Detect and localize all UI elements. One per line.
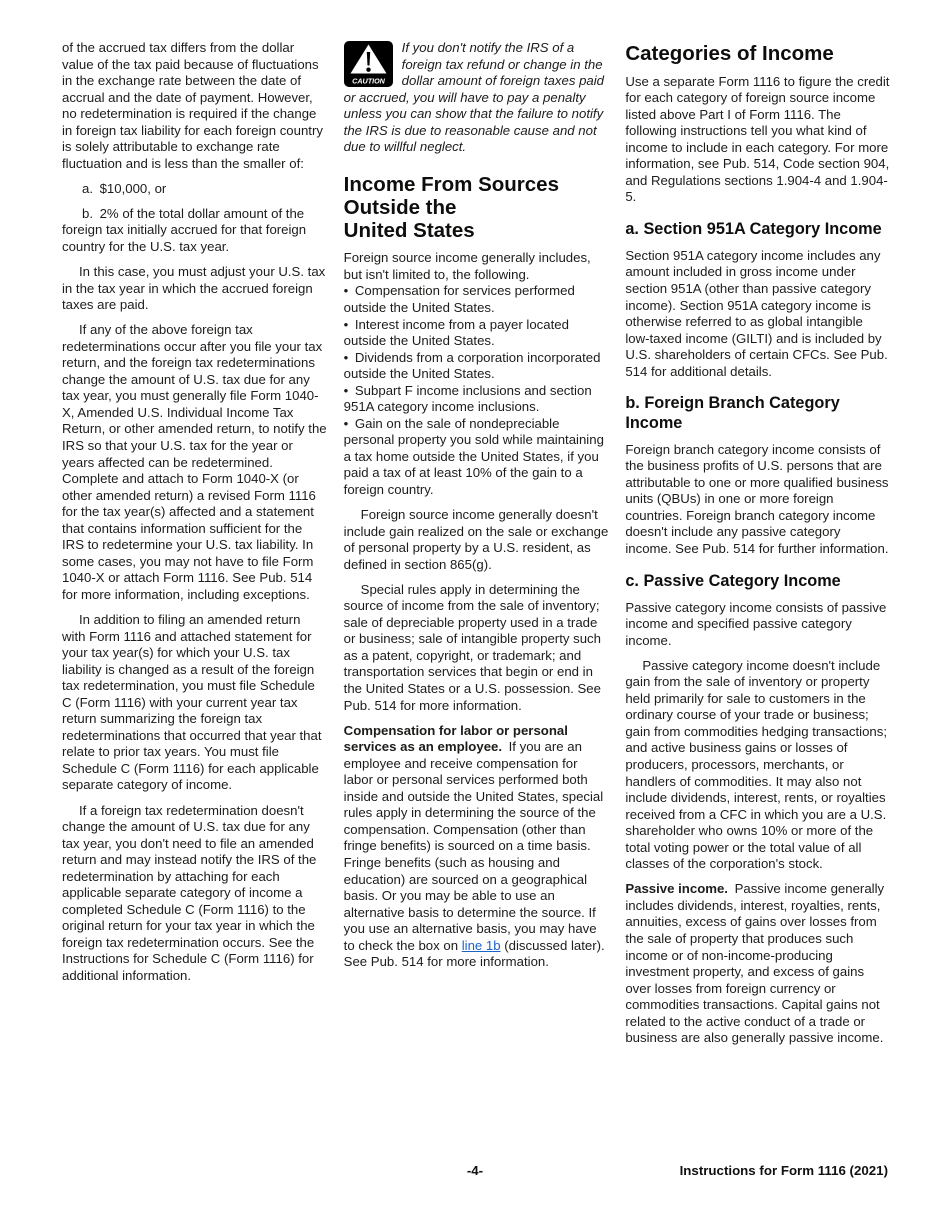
list-item-label: b. xyxy=(82,206,100,221)
paragraph: Foreign source income generally doesn't … xyxy=(344,507,609,573)
bullet-icon: • xyxy=(344,283,349,298)
bullet-icon: • xyxy=(344,350,349,365)
list-item: b. 2% of the total dollar amount of the … xyxy=(62,206,327,256)
bullet-item: • Gain on the sale of nondepreciable per… xyxy=(344,416,609,499)
paragraph: In addition to filing an amended return … xyxy=(62,612,327,794)
paragraph: In this case, you must adjust your U.S. … xyxy=(62,264,327,314)
subsection-heading: a. Section 951A Category Income xyxy=(625,220,890,240)
line-1b-link[interactable]: line 1b xyxy=(462,938,501,953)
paragraph: Section 951A category income includes an… xyxy=(625,248,890,380)
subsection-heading: c. Passive Category Income xyxy=(625,572,890,592)
subsection-heading: b. Foreign Branch Category Income xyxy=(625,394,890,433)
paragraph: Compensation for labor or personal servi… xyxy=(344,723,609,971)
column-middle: CAUTIONIf you don't notify the IRS of a … xyxy=(344,40,609,1047)
three-column-layout: of the accrued tax differs from the doll… xyxy=(62,40,890,1047)
caution-note: CAUTIONIf you don't notify the IRS of a … xyxy=(344,40,609,156)
list-item: a. $10,000, or xyxy=(62,181,327,198)
paragraph: Foreign source income generally includes… xyxy=(344,250,609,283)
paragraph: Use a separate Form 1116 to figure the c… xyxy=(625,74,890,206)
paragraph: If a foreign tax redetermination doesn't… xyxy=(62,803,327,985)
runin-heading: Passive income. xyxy=(625,881,734,896)
list-item-label: a. xyxy=(82,181,100,196)
document-page: of the accrued tax differs from the doll… xyxy=(0,0,950,1230)
paragraph: Passive category income consists of pass… xyxy=(625,600,890,650)
svg-text:CAUTION: CAUTION xyxy=(352,77,386,86)
column-right: Categories of IncomeUse a separate Form … xyxy=(625,40,890,1047)
caution-triangle-icon: CAUTION xyxy=(344,41,393,87)
runin-heading: Compensation for labor or personal servi… xyxy=(344,723,568,755)
bullet-icon: • xyxy=(344,416,349,431)
footer-doc-title: Instructions for Form 1116 (2021) xyxy=(680,1163,888,1178)
bullet-icon: • xyxy=(344,383,349,398)
paragraph: If any of the above foreign tax redeterm… xyxy=(62,322,327,603)
paragraph: Special rules apply in determining the s… xyxy=(344,582,609,714)
bullet-icon: • xyxy=(344,317,349,332)
section-heading: Categories of Income xyxy=(625,42,890,65)
bullet-item: • Subpart F income inclusions and sectio… xyxy=(344,383,609,416)
paragraph: Passive income. Passive income generally… xyxy=(625,881,890,1046)
paragraph: Passive category income doesn't include … xyxy=(625,658,890,873)
bullet-item: • Interest income from a payer located o… xyxy=(344,317,609,350)
bullet-item: • Dividends from a corporation incorpora… xyxy=(344,350,609,383)
paragraph: of the accrued tax differs from the doll… xyxy=(62,40,327,172)
column-left: of the accrued tax differs from the doll… xyxy=(62,40,327,1047)
bullet-item: • Compensation for services performed ou… xyxy=(344,283,609,316)
section-heading: Income From Sources Outside the United S… xyxy=(344,173,609,242)
page-footer: -4- Instructions for Form 1116 (2021) xyxy=(62,1163,888,1183)
paragraph: Foreign branch category income consists … xyxy=(625,442,890,558)
